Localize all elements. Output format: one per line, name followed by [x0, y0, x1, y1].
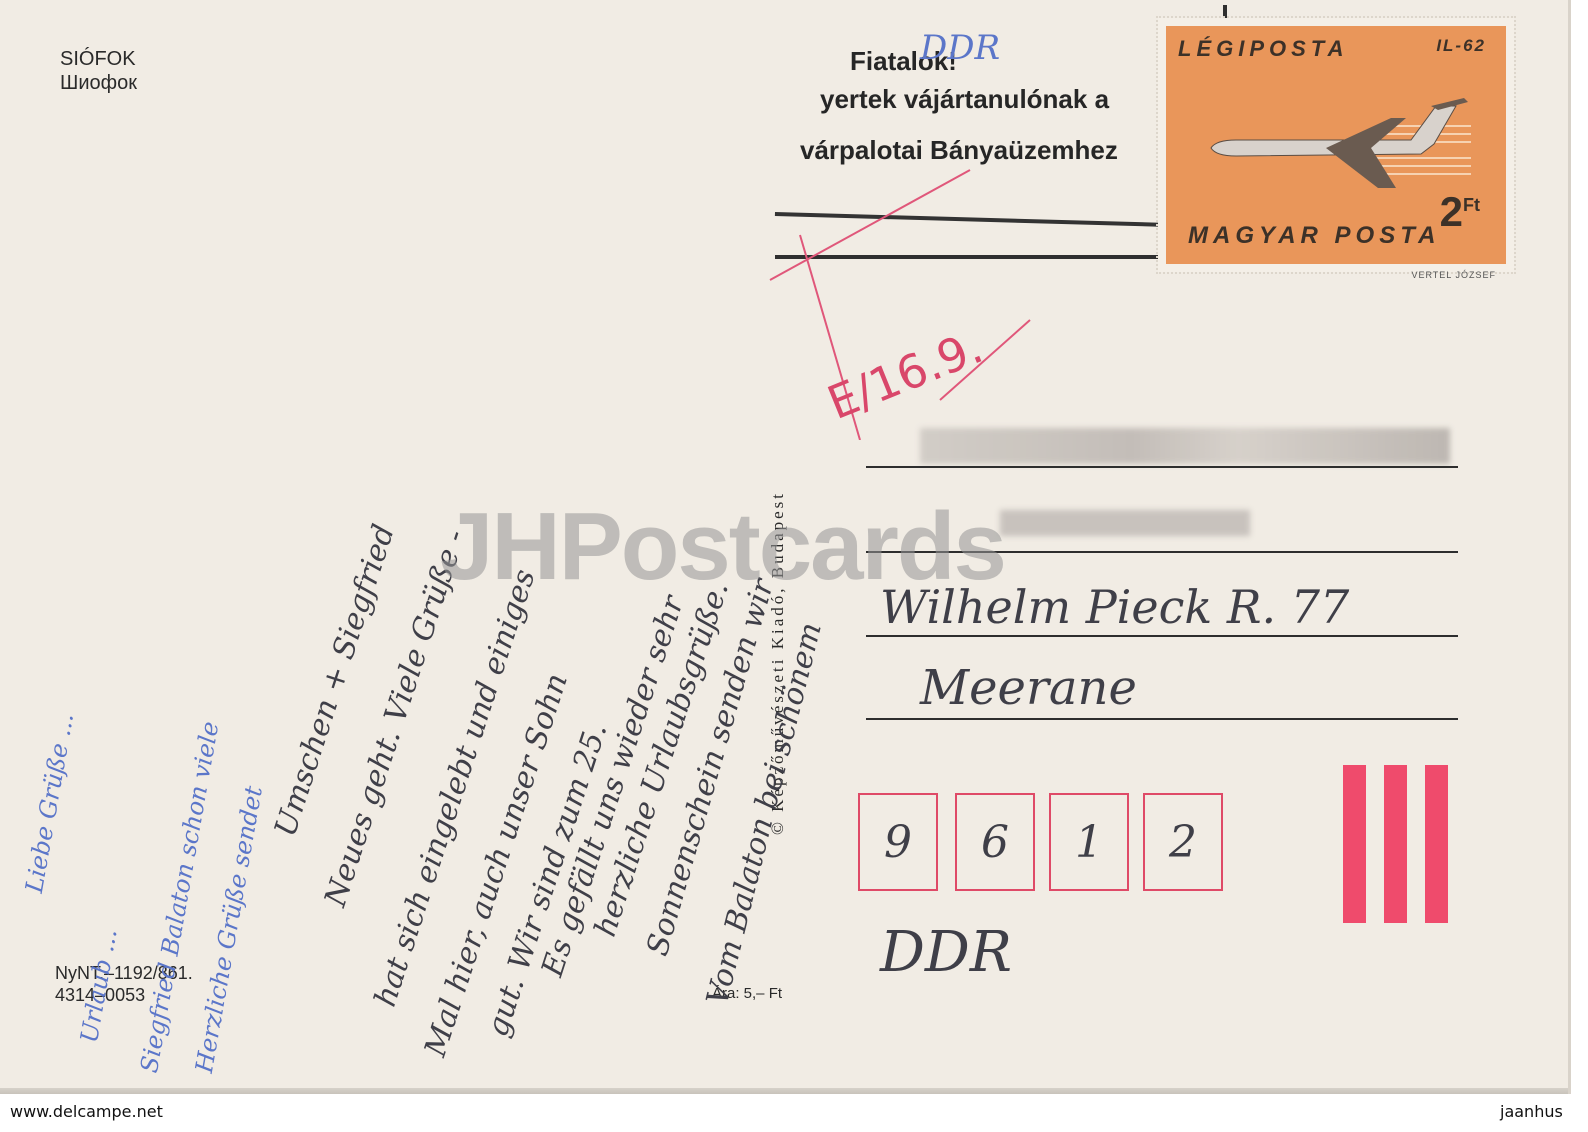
address-line-rule [866, 466, 1458, 468]
location-title-cyrillic: Шиофок [60, 72, 137, 94]
postcard-back: SIÓFOK Шиофок NyNT.–1192/861. 4314–0053 … [0, 0, 1571, 1094]
address-line-rule [866, 718, 1458, 720]
stamp-airmail-label: LÉGIPOSTA [1178, 36, 1349, 62]
postal-marker-bar [1343, 765, 1366, 923]
stamp-country: MAGYAR POSTA [1188, 222, 1440, 250]
postal-code-box: 2 [1143, 793, 1223, 891]
postal-marker-bar [1384, 765, 1407, 923]
postal-code-box: 9 [858, 793, 938, 891]
card-bottom-edge [0, 1088, 1568, 1094]
address-city: Meerane [920, 660, 1137, 716]
airplane-icon [1206, 96, 1476, 196]
postage-stamp: LÉGIPOSTA IL-62 2Ft MAGYAR POSTA VERTEL … [1158, 18, 1514, 272]
postal-marker-bar [1425, 765, 1448, 923]
source-credit-right: jaanhus [1500, 1102, 1563, 1121]
stamp-designer: VERTEL JÓZSEF [1411, 270, 1496, 280]
message-blue-line: Liebe Grüße ... [20, 711, 79, 895]
stamp-value: 2Ft [1440, 188, 1480, 236]
stamp-aircraft-model: IL-62 [1436, 36, 1486, 56]
redacted-address-line-1 [920, 428, 1450, 464]
postmark-slogan-line-2: yertek vájártanulónak a [820, 82, 1109, 116]
source-credit-left: www.delcampe.net [10, 1102, 163, 1121]
watermark: JHPostcards [440, 492, 1005, 602]
redacted-address-line-2 [1000, 510, 1250, 536]
postal-code-box: 1 [1049, 793, 1129, 891]
address-country: DDR [880, 920, 1012, 985]
address-line-rule [866, 635, 1458, 637]
handwritten-ddr-mark: DDR [920, 28, 1000, 68]
postal-code-box: 6 [955, 793, 1035, 891]
location-title: SIÓFOK [60, 48, 136, 70]
